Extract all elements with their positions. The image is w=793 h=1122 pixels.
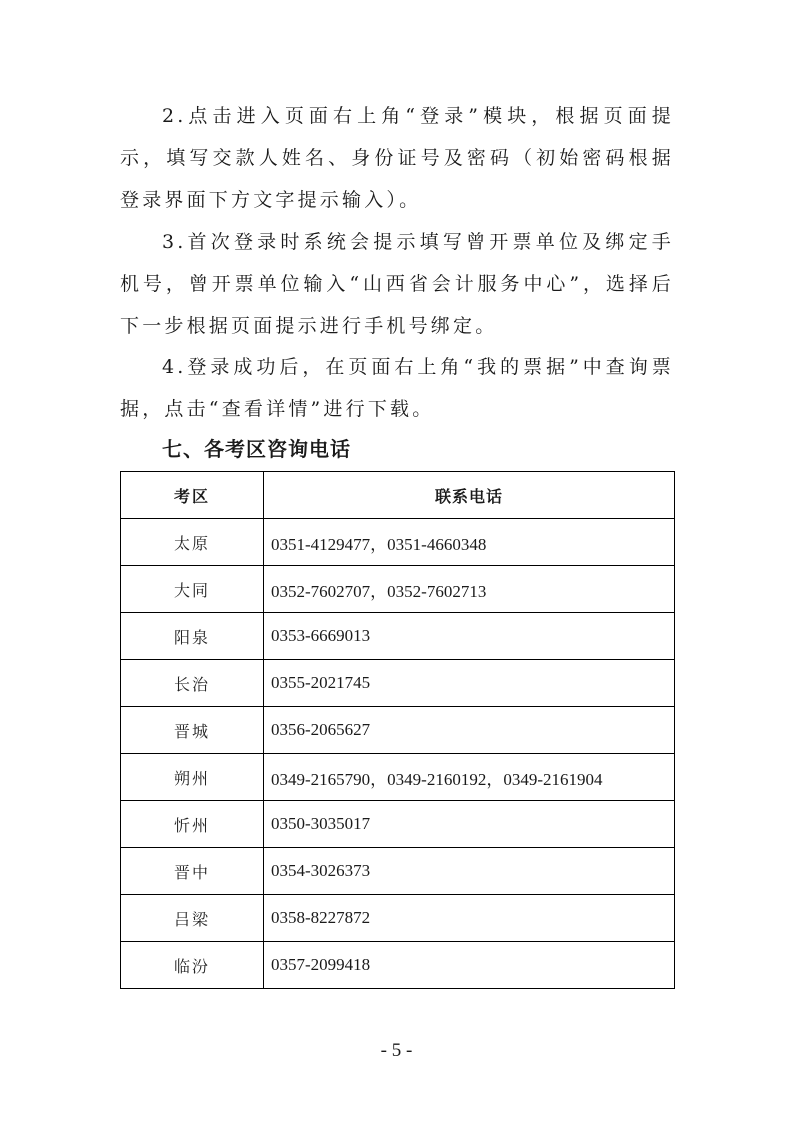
phone-cell: 0356-2065627: [264, 707, 675, 754]
table-row: 大同0352-7602707，0352-7602713: [121, 566, 675, 613]
area-cell: 晋中: [121, 848, 264, 895]
table-row: 太原0351-4129477，0351-4660348: [121, 519, 675, 566]
area-cell: 朔州: [121, 754, 264, 801]
paragraph-step-3: 3.首次登录时系统会提示填写曾开票单位及绑定手机号，曾开票单位输入“山西省会计服…: [120, 221, 674, 347]
contact-table: 考区 联系电话 太原0351-4129477，0351-4660348 大同03…: [120, 471, 675, 989]
paragraph-step-2: 2.点击进入页面右上角“登录”模块，根据页面提示，填写交款人姓名、身份证号及密码…: [120, 95, 674, 221]
header-area: 考区: [121, 472, 264, 519]
table-row: 临汾0357-2099418: [121, 942, 675, 989]
paragraph-step-4: 4.登录成功后，在页面右上角“我的票据”中查询票据，点击“查看详情”进行下载。: [120, 346, 674, 430]
table-row: 晋城0356-2065627: [121, 707, 675, 754]
phone-cell: 0354-3026373: [264, 848, 675, 895]
header-phone: 联系电话: [264, 472, 675, 519]
area-cell: 吕梁: [121, 895, 264, 942]
section-heading: 七、各考区咨询电话: [162, 433, 351, 462]
area-cell: 阳泉: [121, 613, 264, 660]
area-cell: 忻州: [121, 801, 264, 848]
area-cell: 太原: [121, 519, 264, 566]
table-header-row: 考区 联系电话: [121, 472, 675, 519]
phone-cell: 0352-7602707，0352-7602713: [264, 566, 675, 613]
table-row: 忻州0350-3035017: [121, 801, 675, 848]
table-row: 阳泉0353-6669013: [121, 613, 675, 660]
phone-cell: 0358-8227872: [264, 895, 675, 942]
table-row: 朔州0349-2165790，0349-2160192，0349-2161904: [121, 754, 675, 801]
table-row: 长治0355-2021745: [121, 660, 675, 707]
page-number: - 5 -: [0, 1040, 793, 1062]
area-cell: 晋城: [121, 707, 264, 754]
area-cell: 长治: [121, 660, 264, 707]
table-row: 晋中0354-3026373: [121, 848, 675, 895]
table-row: 吕梁0358-8227872: [121, 895, 675, 942]
phone-cell: 0353-6669013: [264, 613, 675, 660]
phone-cell: 0351-4129477，0351-4660348: [264, 519, 675, 566]
area-cell: 临汾: [121, 942, 264, 989]
phone-cell: 0357-2099418: [264, 942, 675, 989]
phone-cell: 0349-2165790，0349-2160192，0349-2161904: [264, 754, 675, 801]
area-cell: 大同: [121, 566, 264, 613]
phone-cell: 0350-3035017: [264, 801, 675, 848]
phone-cell: 0355-2021745: [264, 660, 675, 707]
